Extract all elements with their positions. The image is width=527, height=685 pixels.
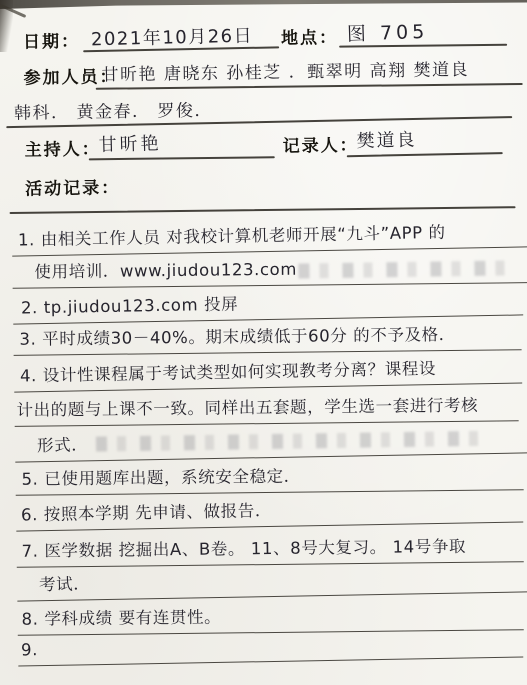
participants-line2: 韩科． 黄金春． 罗俊． [14,96,213,124]
host-underline [89,156,275,160]
participants-line1: 甘昕艳 唐晓东 孙桂芝 ．甄翠明 高翔 樊道良 [101,54,522,85]
note-line: 计出的题与上课不一致。同样出五套题，学生选一套进行考核 [14,390,518,427]
note-line: 2. tp.jiudou123.com 投屏 [13,284,523,324]
note-line: 4. 设计性课程属于考试类型如何实现教考分离？课程设 [14,352,522,392]
location-label: 地点： [281,23,338,49]
host-value: 甘昕艳 [98,129,162,157]
page-content: 日期： 2021年10月26日 地点： 图 705 参加人员： 甘昕艳 唐晓东 … [0,0,527,685]
section-label: 活动记录： [25,173,120,199]
location-value: 图 705 [347,17,429,47]
note-line: 考试． [17,561,527,601]
section-separator-line [10,206,516,214]
note-line: 5. 已使用题库出题，系统安全稳定． [15,459,523,496]
ink-bleed-through-marks [298,260,513,278]
note-line: 6. 按照本学期 先申请、做报告． [16,491,523,531]
note-line: 1. 由相关工作人员 对我校计算机老师开展“九斗”APP 的 [12,216,527,256]
date-label: 日期： [23,27,80,53]
recorder-value: 樊道良 [356,125,417,153]
recorder-label: 记录人： [282,131,358,157]
scanned-meeting-record-page: 日期： 2021年10月26日 地点： 图 705 参加人员： 甘昕艳 唐晓东 … [0,0,527,685]
note-line: 3. 平时成绩30－40%。期末成绩低于60分 的不予及格． [13,319,521,356]
recorder-underline [347,152,503,157]
host-label: 主持人： [24,134,100,160]
